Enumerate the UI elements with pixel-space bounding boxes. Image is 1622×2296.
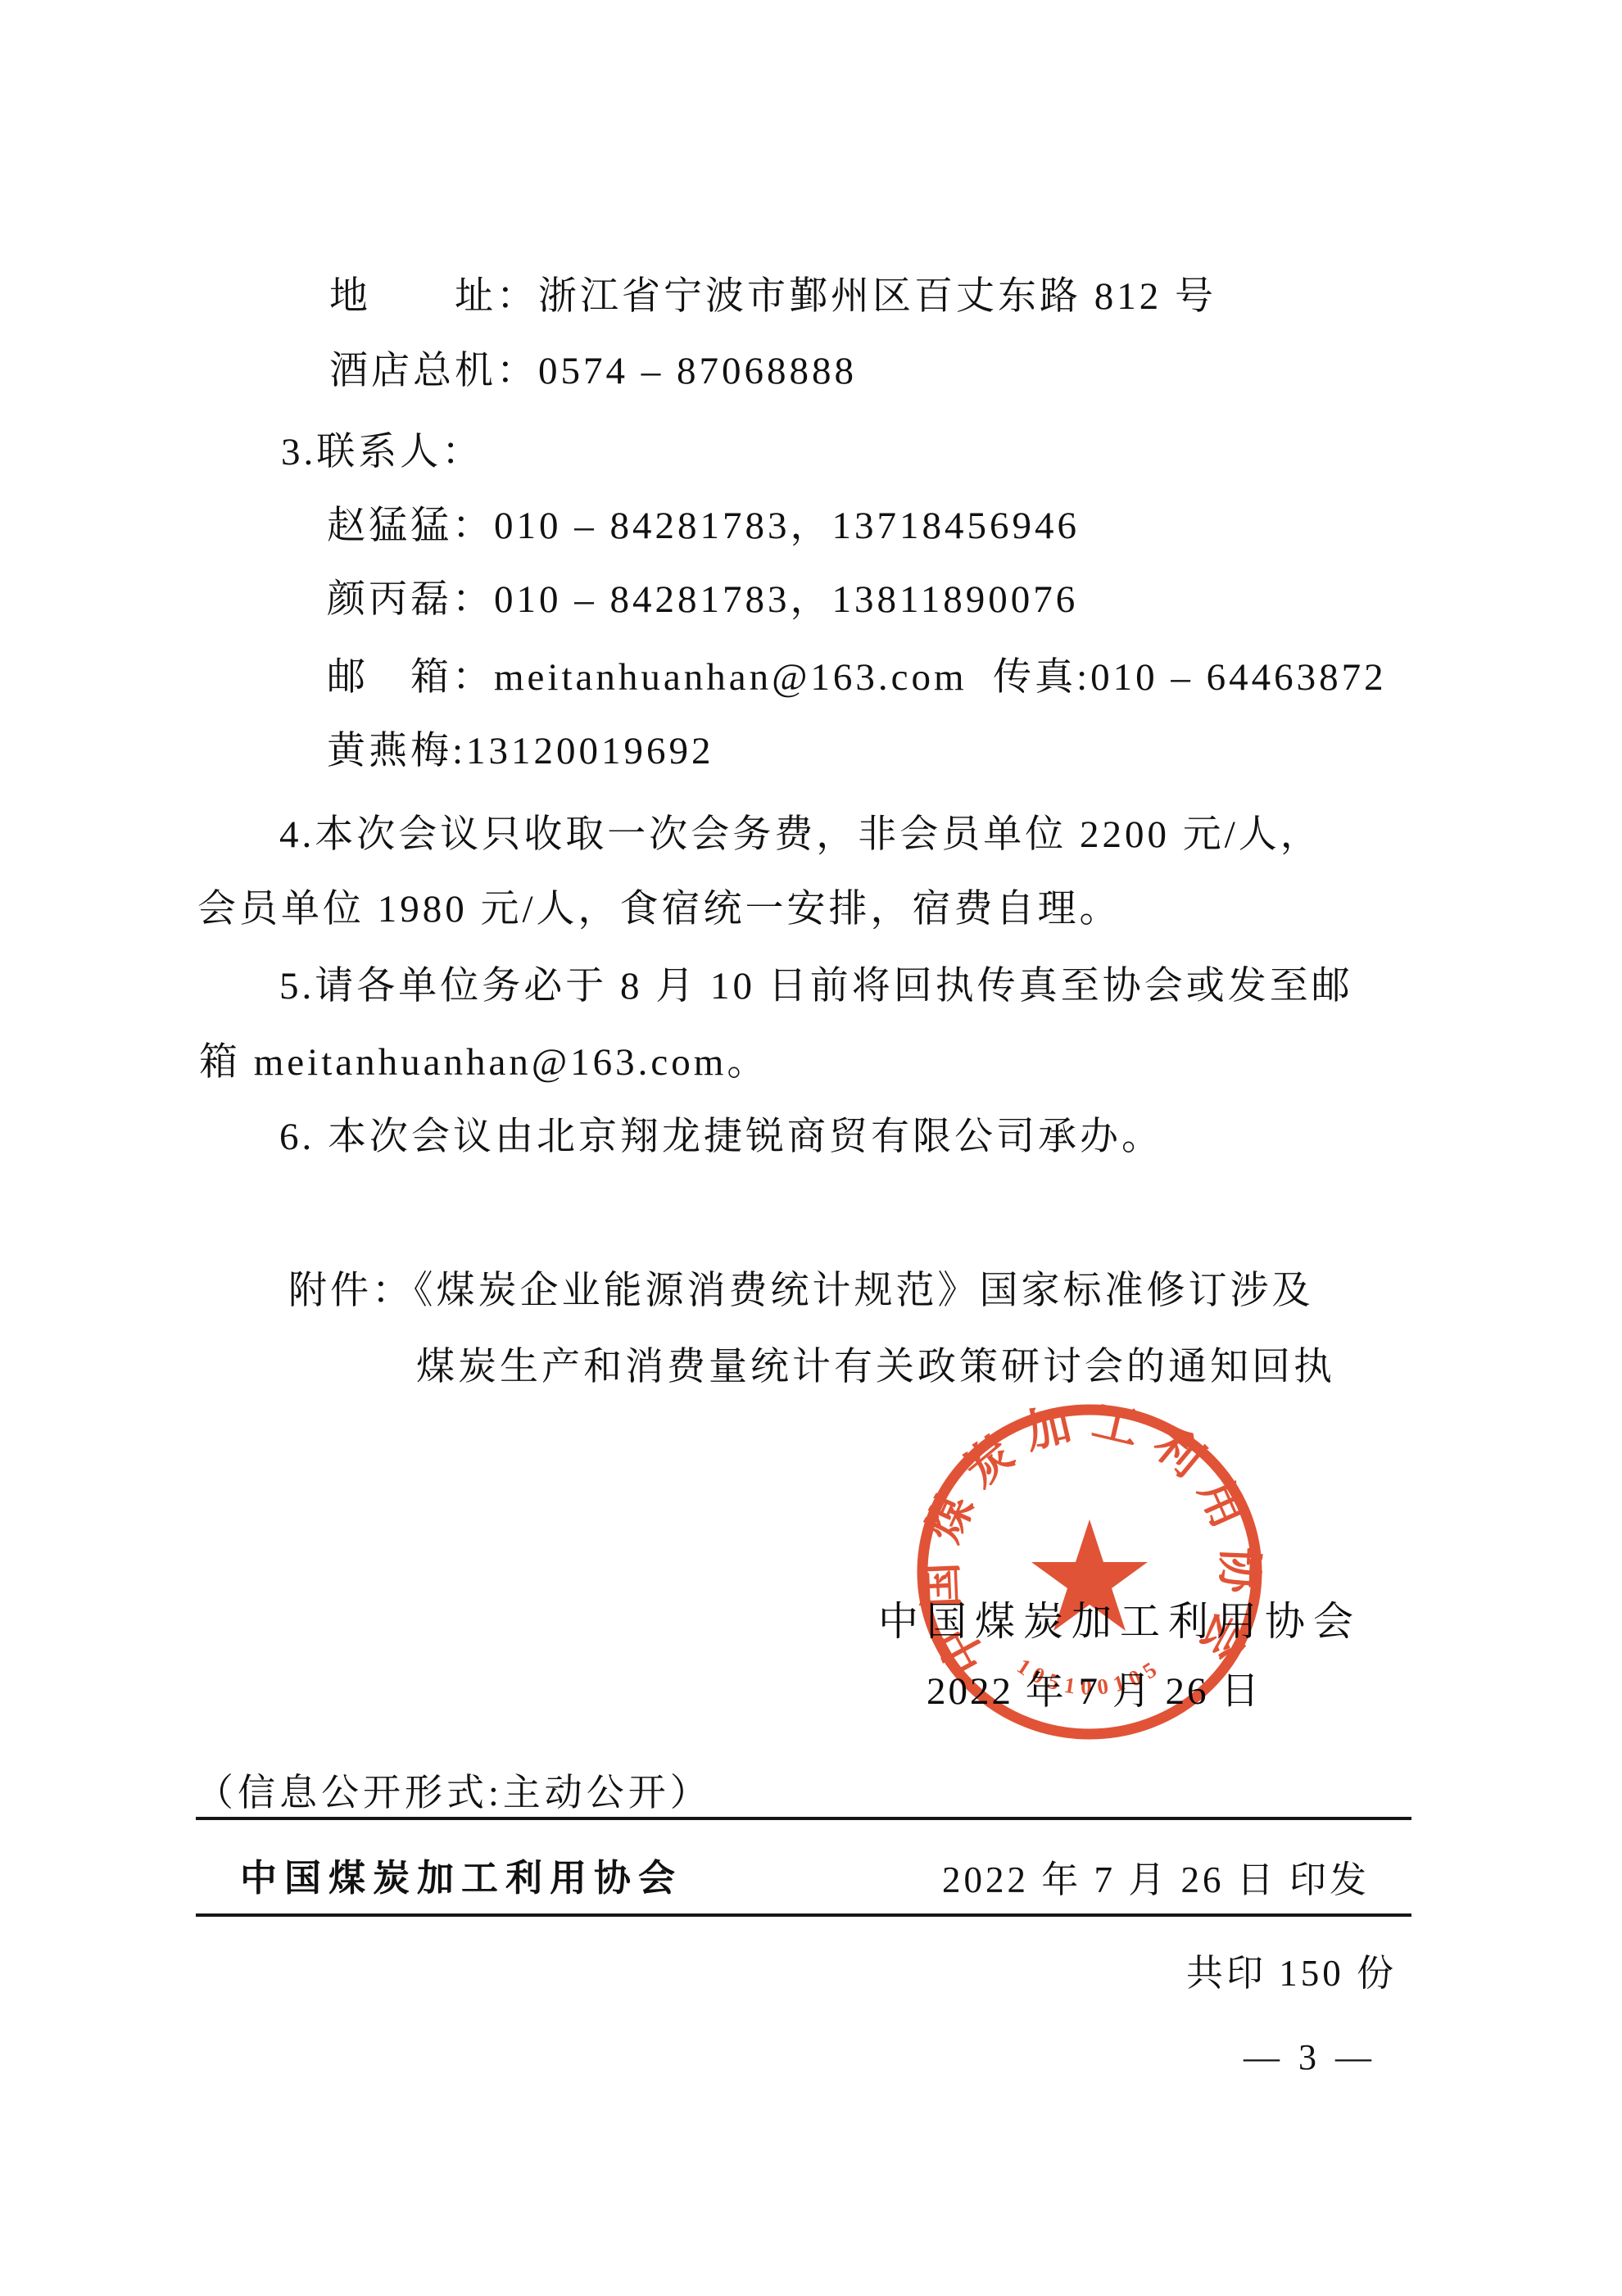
footer-issuer: 中国煤炭加工利用协会 [240, 1848, 682, 1901]
address-line: 地 址：浙江省宁波市鄞州区百丈东路 812 号 [329, 274, 1216, 319]
attachment-line-2: 煤炭生产和消费量统计有关政策研讨会的通知回执 [416, 1344, 1335, 1390]
contact-line-3: 黄燕梅:13120019692 [327, 728, 714, 774]
footer-rule-top [196, 1817, 1411, 1820]
print-copies: 共印 150 份 [1186, 1943, 1397, 1996]
deadline-line-1: 5.请各单位务必于 8 月 10 日前将回执传真至协会或发至邮 [279, 963, 1353, 1009]
fee-line-2: 会员单位 1980 元/人，食宿统一安排，宿费自理。 [197, 886, 1121, 932]
attachment-line-1: 附件：《煤炭企业能源消费统计规范》国家标准修订涉及 [288, 1268, 1314, 1314]
fee-line-1: 4.本次会议只收取一次会务费，非会员单位 2200 元/人， [279, 812, 1322, 858]
deadline-line-2: 箱 meitanhuanhan@163.com。 [199, 1039, 768, 1085]
page-number: — 3 — [1244, 2036, 1376, 2078]
footer-issue-date: 2022 年 7 月 26 日 印发 [942, 1850, 1370, 1903]
disclosure-note: （信息公开形式:主动公开） [196, 1763, 712, 1817]
email-fax-line: 邮 箱：meitanhuanhan@163.com 传真:010 – 64463… [327, 654, 1387, 700]
contacts-heading: 3.联系人： [281, 429, 483, 475]
contact-line-2: 颜丙磊：010 – 84281783，13811890076 [327, 577, 1078, 623]
footer-rule-bottom [196, 1913, 1411, 1917]
contact-line-1: 赵猛猛：010 – 84281783，13718456946 [327, 503, 1080, 549]
seal-star-icon [1031, 1519, 1148, 1631]
official-seal: 中国煤炭加工利用协会 01051001052 [901, 1393, 1278, 1753]
document-page: 地 址：浙江省宁波市鄞州区百丈东路 812 号 酒店总机：0574 – 8706… [0, 0, 1622, 2296]
hotel-phone-line: 酒店总机：0574 – 87068888 [329, 348, 857, 394]
organizer-line: 6. 本次会议由北京翔龙捷锐商贸有限公司承办。 [279, 1114, 1163, 1160]
